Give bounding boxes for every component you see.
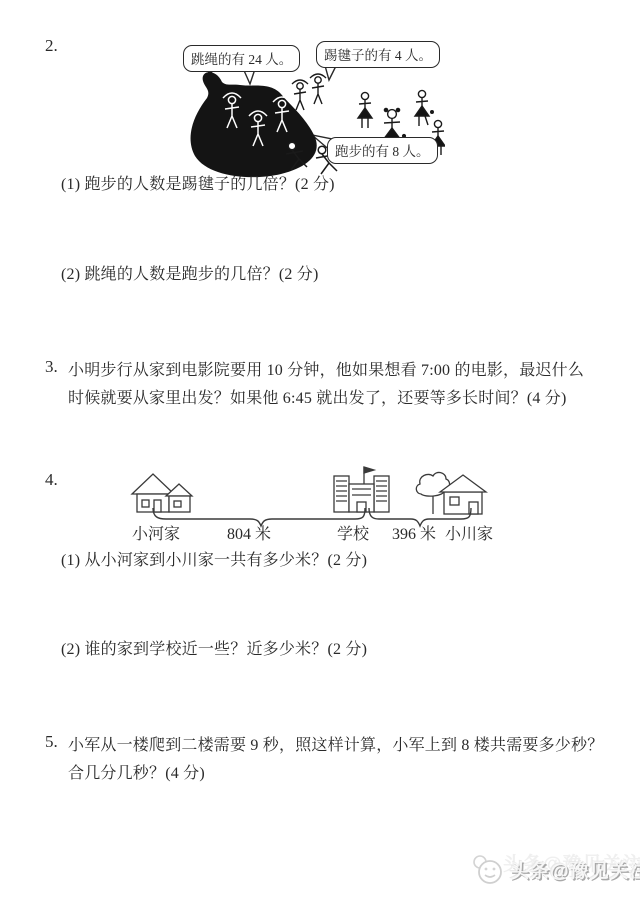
distance-diagram bbox=[108, 460, 508, 530]
q2-sub2: (2) 跳绳的人数是跑步的几倍？(2 分) bbox=[61, 261, 319, 284]
q4-sub1: (1) 从小河家到小川家一共有多少米？(2 分) bbox=[61, 547, 367, 570]
speech-bubble-shuttlecock: 踢毽子的有 4 人。 bbox=[316, 41, 440, 68]
right-house-drawing bbox=[416, 472, 486, 514]
label-xiaochuan-home: 小川家 bbox=[445, 521, 493, 544]
label-distance-396: 396 米 bbox=[392, 521, 436, 544]
watermark: 头条@豫见关注 bbox=[468, 851, 640, 887]
q4-sub2: (2) 谁的家到学校近一些？近多少米？(2 分) bbox=[61, 636, 367, 659]
q2-number: 2. bbox=[45, 36, 58, 56]
worksheet-page: { "q2": { "number": "2.", "callouts": { … bbox=[0, 0, 640, 905]
school-drawing bbox=[334, 467, 389, 512]
q3-line-2: 时候就要从家里出发？如果他 6:45 就出发了，还要等多长时间？(4 分) bbox=[68, 385, 567, 408]
label-school: 学校 bbox=[337, 521, 369, 544]
speech-bubble-rope: 跳绳的有 24 人。 bbox=[183, 45, 300, 72]
q5-line-2: 合几分几秒？(4 分) bbox=[68, 760, 205, 783]
q3-line-1: 小明步行从家到电影院要用 10 分钟，他如果想看 7:00 的电影，最迟什么 bbox=[68, 357, 584, 380]
speech-bubble-run: 跑步的有 8 人。 bbox=[327, 137, 438, 164]
smiley-logo-icon bbox=[468, 851, 504, 887]
q2-sub1: (1) 跑步的人数是踢毽子的几倍？(2 分) bbox=[61, 171, 335, 194]
rope-jumpers-dark bbox=[292, 74, 326, 110]
label-xiaohe-home: 小河家 bbox=[132, 521, 180, 544]
watermark-text: 头条@豫见关注 bbox=[510, 856, 640, 883]
q3-number: 3. bbox=[45, 357, 58, 377]
label-distance-804: 804 米 bbox=[227, 521, 271, 544]
q4-number: 4. bbox=[45, 470, 58, 490]
left-house-drawing bbox=[132, 474, 192, 512]
q5-number: 5. bbox=[45, 732, 58, 752]
q5-line-1: 小军从一楼爬到二楼需要 9 秒，照这样计算，小军上到 8 楼共需要多少秒？ bbox=[68, 732, 603, 755]
